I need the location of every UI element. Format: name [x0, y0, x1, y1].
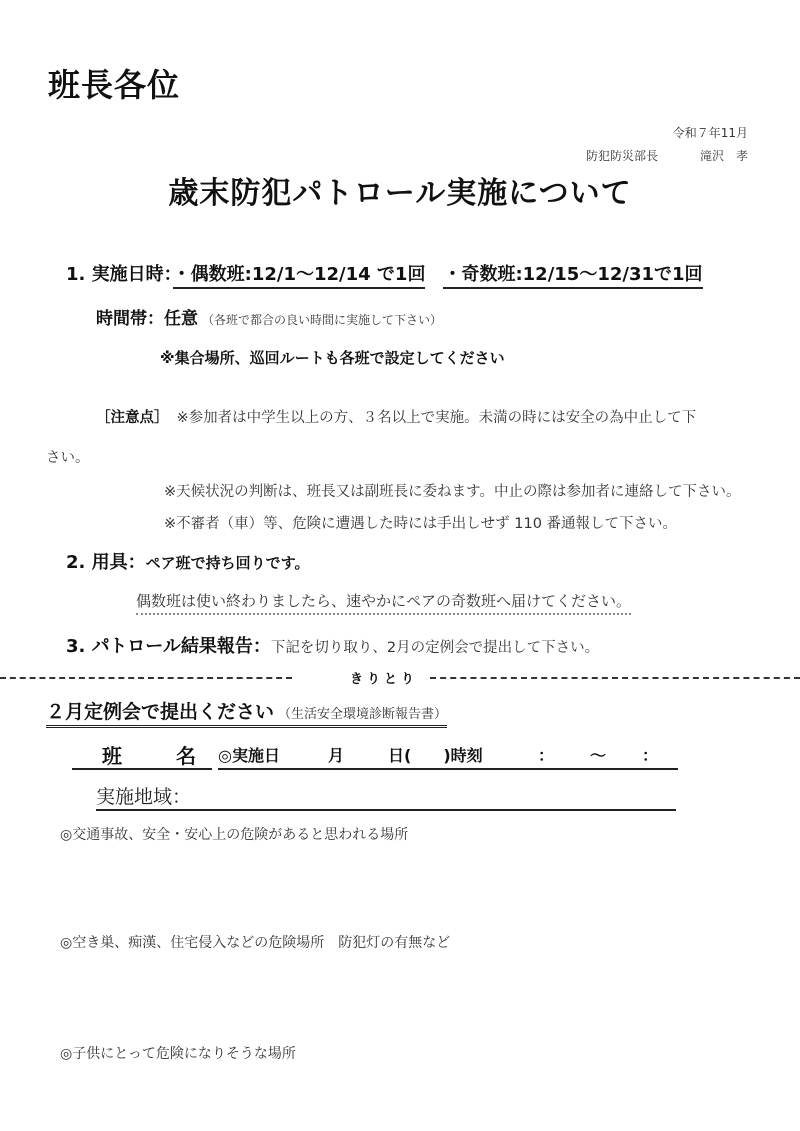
group-name-label-2: 名: [176, 740, 196, 769]
section-3-report: 3. パトロール結果報告：下記を切り取り、2月の定例会で提出して下さい。: [66, 632, 599, 658]
time-colon-2: ：: [642, 743, 658, 766]
caution-3: ※不審者（車）等、危険に遭遇した時には手出しせず 110 番通報して下さい。: [164, 512, 677, 533]
caution-2: ※天候状況の判断は、班長又は副班長に委ねます。中止の際は参加者に連絡して下さい。: [164, 480, 741, 501]
caution-1-text: ※参加者は中学生以上の方、３名以上で実施。未満の時には安全の為中止して下: [177, 410, 697, 426]
form-heading: ２月定例会で提出ください（生活安全環境診断報告書）: [46, 697, 447, 728]
implementation-date-field[interactable]: ◎実施日 月 日( )時刻 ： ～ ：: [218, 740, 678, 770]
month-label: 月: [328, 743, 344, 766]
form-heading-text: ２月定例会で提出ください: [46, 701, 274, 723]
caution-1-wrap: さい。: [46, 446, 90, 467]
time-tilde: ～: [590, 743, 606, 766]
cut-line: きりとり: [0, 668, 800, 688]
section-2-label: 2. 用具：: [66, 552, 146, 573]
time-band-label: 時間帯：任意: [96, 309, 198, 329]
sender-title: 防犯防災部長: [586, 149, 658, 163]
section-3-label: 3. パトロール結果報告：: [66, 636, 271, 657]
section-3-desc: 下記を切り取り、2月の定例会で提出して下さい。: [271, 640, 599, 656]
area-label: 実施地域：: [96, 786, 191, 808]
section-2-equipment: 2. 用具：ペア班で持ち回りです。: [66, 548, 309, 574]
impl-date-label: ◎実施日: [218, 743, 280, 766]
section-2-note: 偶数班は使い終わりましたら、速やかにペアの奇数班へ届けてください。: [136, 590, 631, 615]
section-1-schedule: 1. 実施日時：・偶数班:12/1～12/14 で1回・奇数班:12/15～12…: [66, 260, 703, 286]
sender: 防犯防災部長滝沢 孝: [586, 147, 748, 164]
area-field[interactable]: 実施地域：: [96, 782, 676, 811]
cut-line-left: [0, 677, 292, 679]
section-2-desc: ペア班で持ち回りです。: [146, 554, 310, 572]
time-band-note: （各班で都合の良い時間に実施して下さい）: [202, 313, 442, 327]
question-burglary: ◎空き巣、痴漢、住宅侵入などの危険場所 防犯灯の有無など: [60, 932, 450, 952]
section-1-label: 1. 実施日時：: [66, 264, 173, 285]
time-colon-1: ：: [538, 743, 554, 766]
question-traffic: ◎交通事故、安全・安心上の危険があると思われる場所: [60, 824, 408, 844]
form-subheading: （生活安全環境診断報告書）: [278, 707, 447, 722]
day-label: 日( )時刻: [388, 743, 483, 766]
odd-group-schedule: ・奇数班:12/15～12/31で1回: [443, 264, 702, 289]
addressee: 班長各位: [48, 60, 180, 106]
document-title: 歳末防犯パトロール実施について: [0, 168, 800, 212]
group-name-label-1: 班: [102, 740, 122, 769]
caution-1: ［注意点］※参加者は中学生以上の方、３名以上で実施。未満の時には安全の為中止して…: [96, 406, 696, 427]
caution-label: ［注意点］: [96, 410, 169, 426]
group-name-field[interactable]: 班 名: [72, 740, 212, 770]
cut-line-right: [430, 677, 800, 679]
sender-name: 滝沢 孝: [700, 149, 748, 163]
cut-label: きりとり: [350, 668, 418, 687]
question-children: ◎子供にとって危険になりそうな場所: [60, 1043, 296, 1063]
meeting-note: ※集合場所、巡回ルートも各班で設定してください: [160, 347, 505, 368]
even-group-schedule: ・偶数班:12/1～12/14 で1回: [173, 264, 426, 289]
issue-date: 令和７年11月: [673, 124, 748, 141]
time-band: 時間帯：任意（各班で都合の良い時間に実施して下さい）: [96, 304, 442, 329]
